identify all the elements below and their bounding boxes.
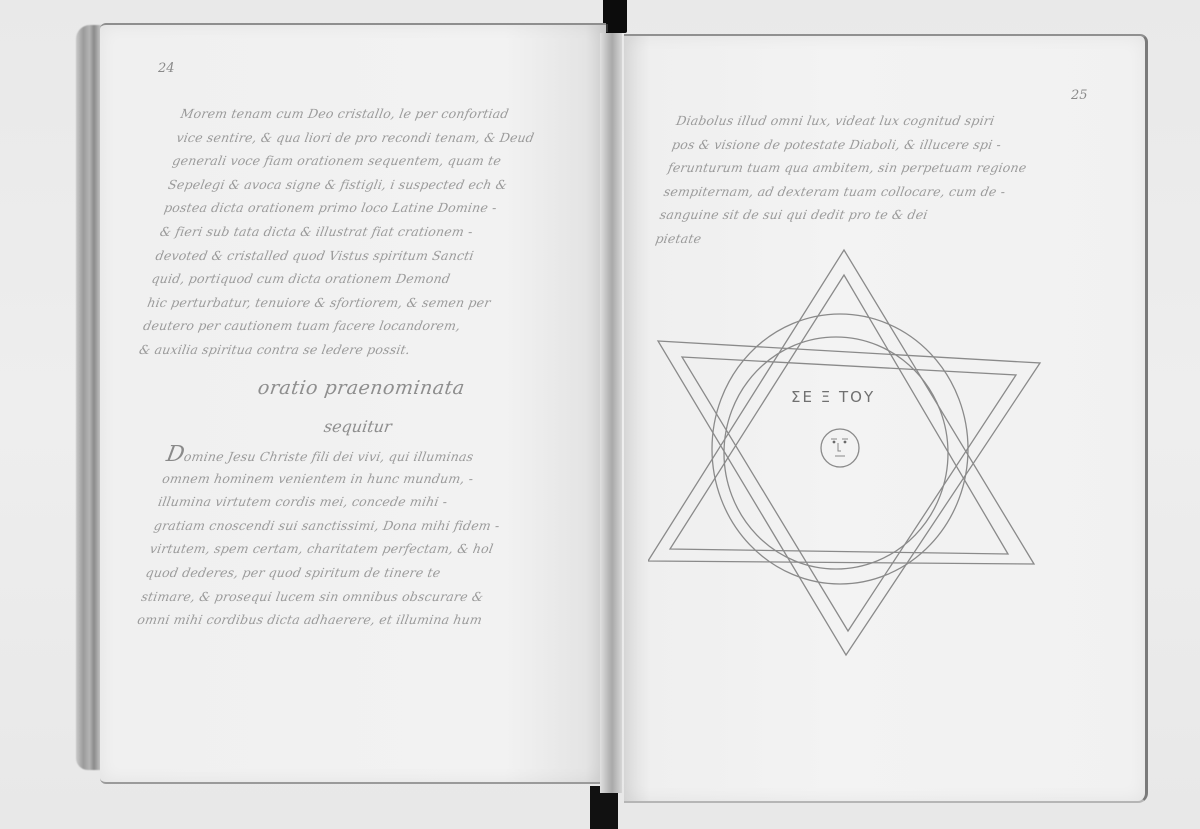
text-line: Diabolus illud omni lux, videat lux cogn… bbox=[674, 109, 1036, 133]
text-line: deutero per cautionem tuam facere locand… bbox=[141, 314, 503, 338]
right-page-number: 25 bbox=[1071, 88, 1088, 103]
right-paragraph-1: Diabolus illud omni lux, videat lux cogn… bbox=[654, 109, 1037, 251]
face-circle bbox=[821, 429, 859, 467]
text-line: omnem hominem venientem in hunc mundum, … bbox=[160, 467, 510, 491]
left-paragraph-1: Morem tenam cum Deo cristallo, le per co… bbox=[137, 102, 540, 362]
text-line: hic perturbatur, tenuiore & sfortiorem, … bbox=[145, 291, 507, 315]
outer-circle bbox=[712, 314, 968, 584]
section-heading: oratio praenominata bbox=[256, 377, 466, 399]
text-line: generali voce fiam orationem sequentem, … bbox=[170, 149, 532, 173]
text-line: gratiam cnoscendi sui sanctissimi, Dona … bbox=[152, 514, 502, 538]
hexagram-drawing bbox=[648, 243, 1048, 663]
book-gutter bbox=[600, 33, 622, 793]
greek-inscription: ΣΕ Ξ ΤΟΥ bbox=[791, 388, 875, 406]
left-paragraph-2: Domine Jesu Christe fili dei vivi, qui i… bbox=[135, 443, 514, 632]
inner-circle bbox=[724, 337, 948, 569]
section-subheading: sequitur bbox=[323, 417, 393, 436]
text-line: & auxilia spiritua contra se ledere poss… bbox=[137, 338, 499, 362]
text-line: devoted & cristalled quod Vistus spiritu… bbox=[154, 244, 516, 268]
text-line: Sepelegi & avoca signe & fistigli, i sus… bbox=[166, 173, 528, 197]
inner-up-triangle bbox=[670, 275, 1008, 554]
text-line: quod dederes, per quod spiritum de tiner… bbox=[144, 561, 494, 585]
manuscript-scan: 24 Morem tenam cum Deo cristallo, le per… bbox=[0, 0, 1200, 829]
text-line: pos & visione de potestate Diaboli, & il… bbox=[670, 133, 1032, 157]
text-line: quid, portiquod cum dicta orationem Demo… bbox=[150, 267, 512, 291]
text-line: ferunturum tuam qua ambitem, sin perpetu… bbox=[666, 156, 1028, 180]
left-page: 24 Morem tenam cum Deo cristallo, le per… bbox=[100, 23, 606, 784]
text-line: Domine Jesu Christe fili dei vivi, qui i… bbox=[164, 443, 514, 467]
text-line: illumina virtutem cordis mei, concede mi… bbox=[156, 490, 506, 514]
hexagram-figure: ΣΕ Ξ ΤΟΥ bbox=[648, 243, 1048, 663]
text-line: vice sentire, & qua liori de pro recondi… bbox=[175, 126, 537, 150]
outer-up-triangle bbox=[648, 250, 1034, 564]
right-page: 25 Diabolus illud omni lux, videat lux c… bbox=[624, 34, 1148, 803]
text-line: postea dicta orationem primo loco Latine… bbox=[162, 196, 524, 220]
left-page-number: 24 bbox=[158, 61, 175, 76]
text-line: virtutem, spem certam, charitatem perfec… bbox=[148, 537, 498, 561]
text-line: sempiternam, ad dexteram tuam collocare,… bbox=[662, 180, 1024, 204]
text-line: stimare, & prosequi lucem sin omnibus ob… bbox=[140, 585, 490, 609]
text-line: sanguine sit de sui qui dedit pro te & d… bbox=[658, 203, 1020, 227]
text-line: omni mihi cordibus dicta adhaerere, et i… bbox=[135, 608, 485, 632]
text-line: Morem tenam cum Deo cristallo, le per co… bbox=[179, 102, 541, 126]
text-line: & fieri sub tata dicta & illustrat fiat … bbox=[158, 220, 520, 244]
